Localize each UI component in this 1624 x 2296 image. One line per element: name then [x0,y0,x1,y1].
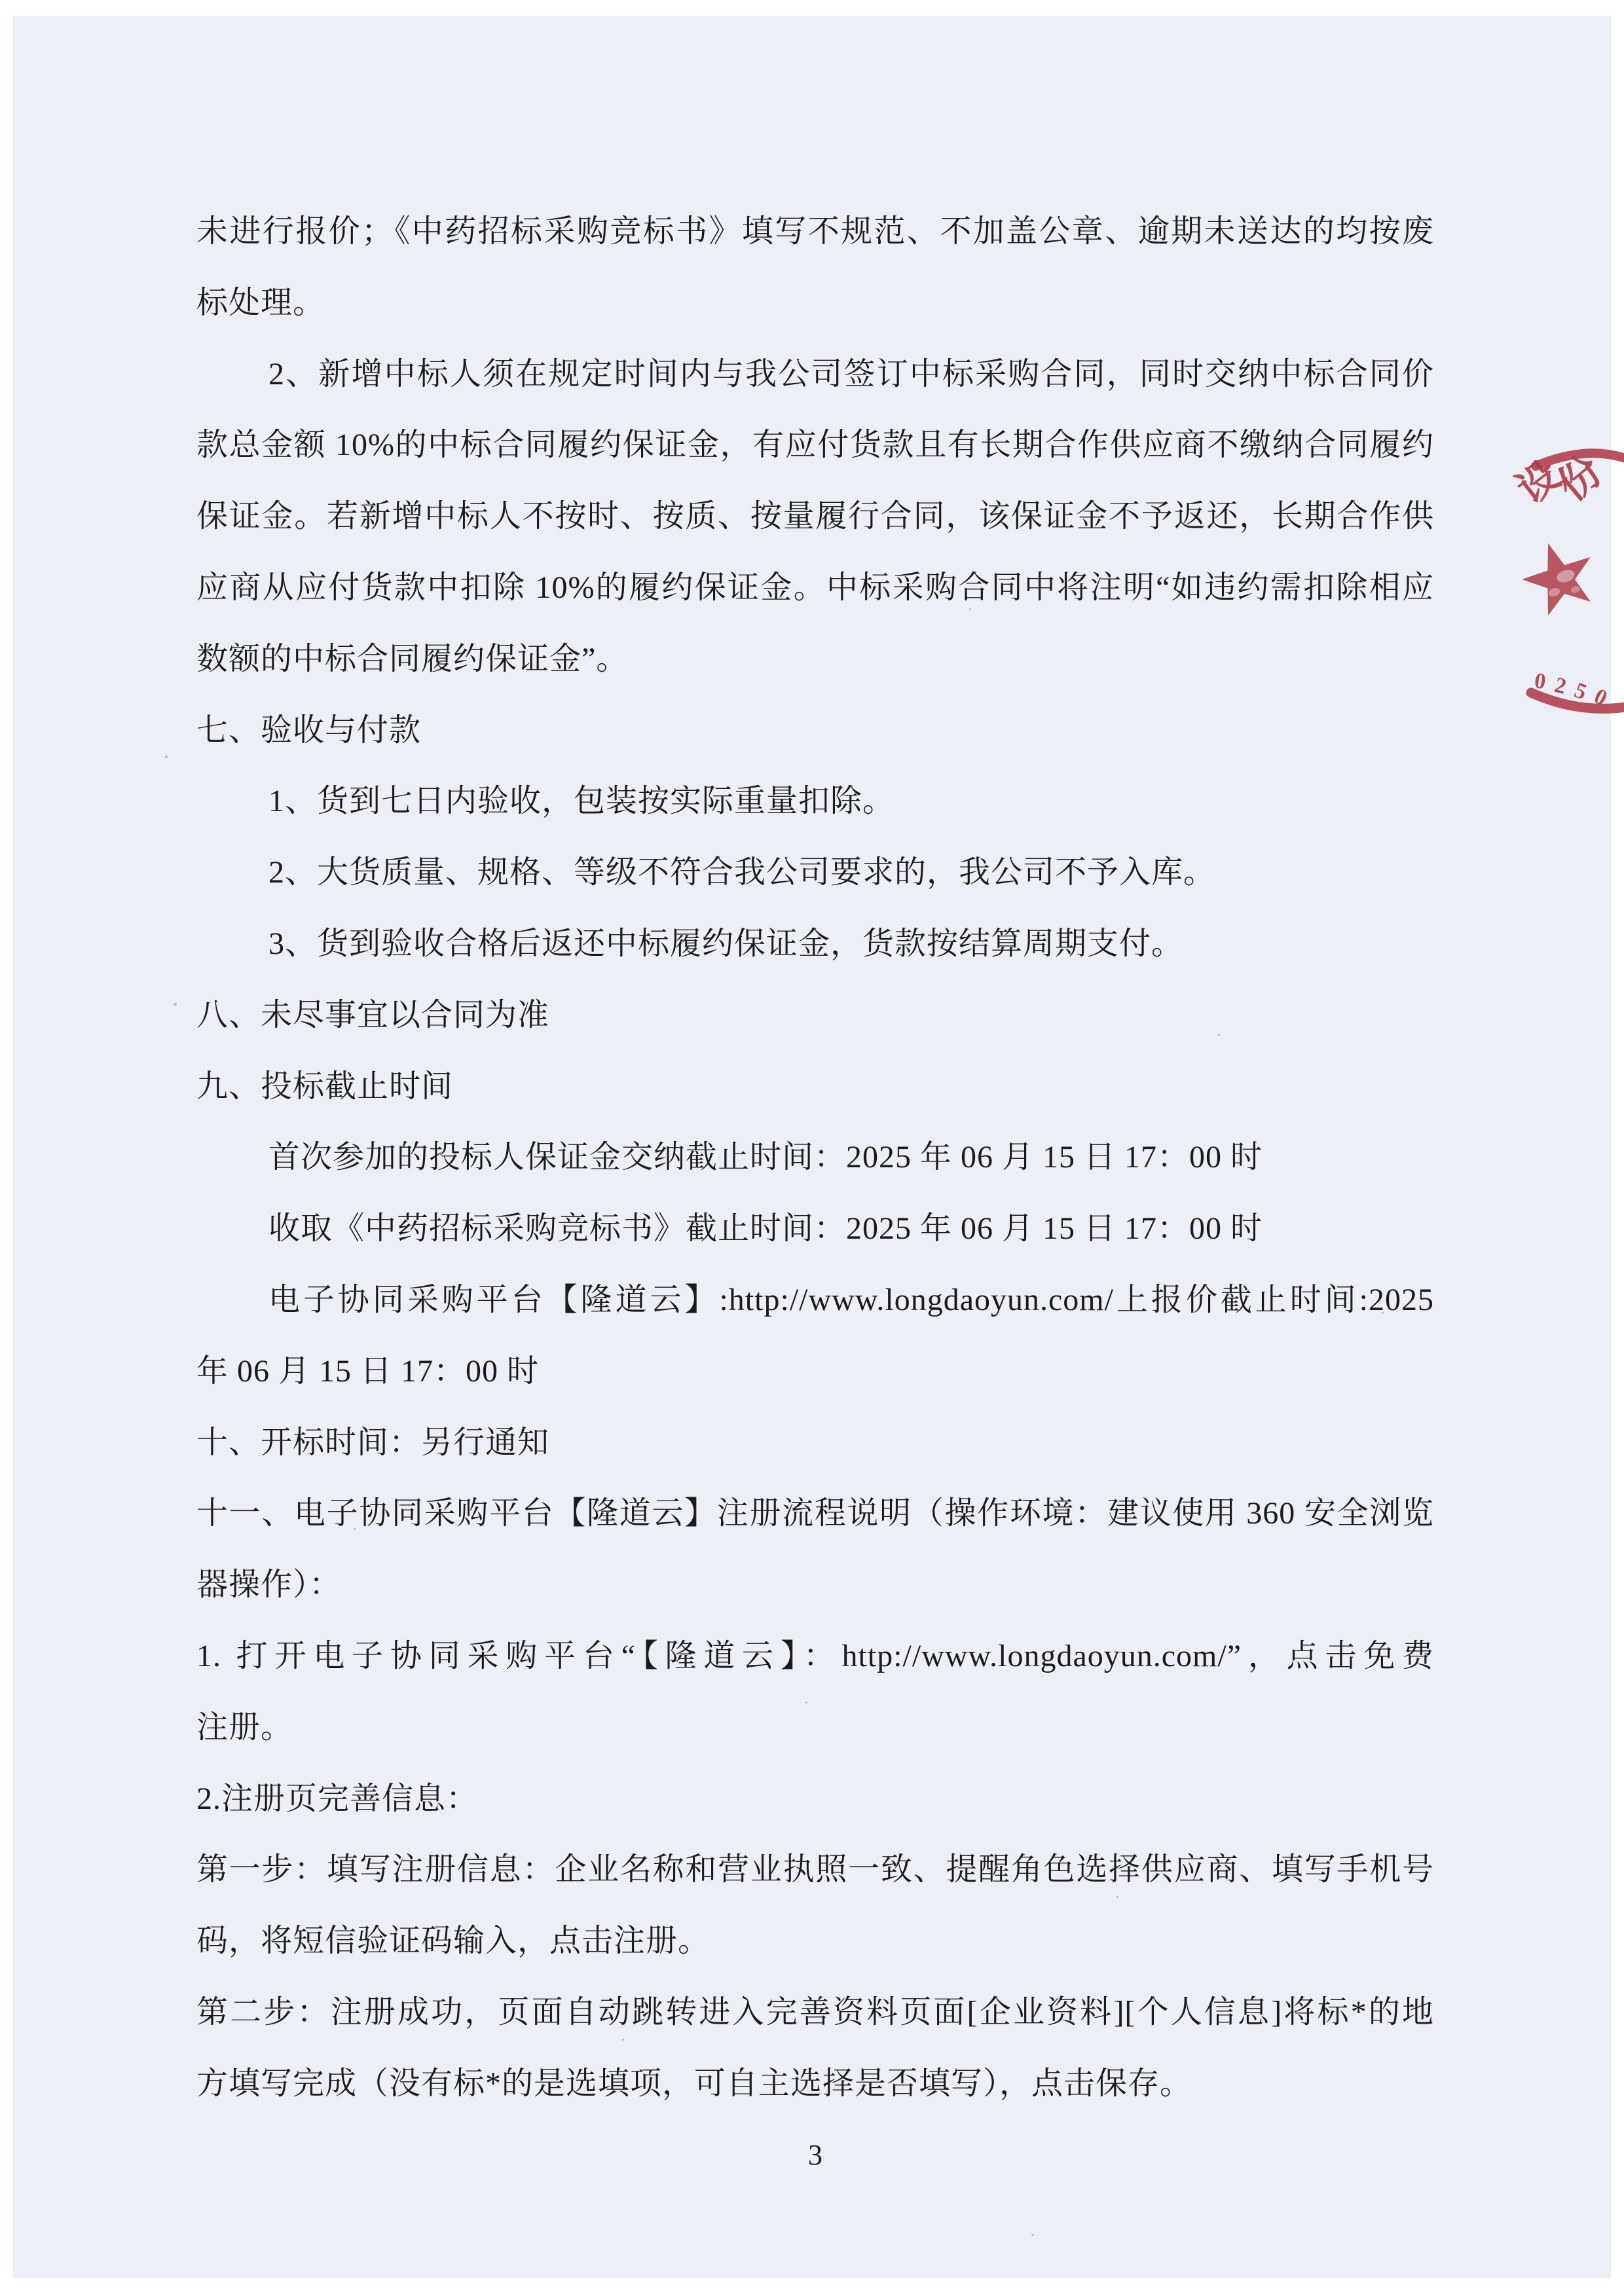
text-line-section-11: 十一、电子协同采购平台【隆道云】注册流程说明（操作环境：建议使用 360 安全浏… [196,1478,1434,1550]
text-line: 年 06 月 15 日 17：00 时 [196,1336,1434,1408]
text-line-section-7: 七、验收与付款 [196,695,1434,767]
paper-sheet: 未进行报价；《中药招标采购竞标书》填写不规范、不加盖公章、逾期未送达的均按废 标… [13,16,1611,2278]
text-line: 方填写完成（没有标*的是选填项，可自主选择是否填写），点击保存。 [196,2049,1434,2120]
text-line: 2、新增中标人须在规定时间内与我公司签订中标采购合同，同时交纳中标合同价 [196,339,1434,410]
text-line: 码，将短信验证码输入，点击注册。 [196,1906,1434,1977]
scanned-document-page: { "doc": { "lines": [ "未进行报价；《中药招标采购竞标书》… [0,0,1624,2296]
text-line: 注册。 [196,1692,1434,1764]
seal-serial-digit: 2 [1552,673,1568,699]
text-line: 第二步：注册成功，页面自动跳转进入完善资料页面[企业资料][个人信息]将标*的地 [196,1977,1434,2049]
text-line: 未进行报价；《中药招标采购竞标书》填写不规范、不加盖公章、逾期未送达的均按废 [196,196,1434,268]
seal-serial-digit: 5 [1571,678,1590,705]
text-line: 首次参加的投标人保证金交纳截止时间：2025 年 06 月 15 日 17：00… [196,1122,1434,1194]
text-line: 电子协同采购平台【隆道云】:http://www.longdaoyun.com/… [196,1265,1434,1336]
text-line: 款总金额 10%的中标合同履约保证金，有应付货款且有长期合作供应商不缴纳合同履约 [196,410,1434,481]
text-line: 器操作）： [196,1550,1434,1621]
text-line: 2.注册页完善信息： [196,1764,1434,1835]
text-line-section-9: 九、投标截止时间 [196,1051,1434,1123]
text-line-section-10: 十、开标时间：另行通知 [196,1408,1434,1479]
text-line: 3、货到验收合格后返还中标履约保证金，货款按结算周期支付。 [196,909,1434,980]
text-line: 第一步：填写注册信息：企业名称和营业执照一致、提醒角色选择供应商、填写手机号 [196,1834,1434,1906]
text-line: 2、大货质量、规格、等级不符合我公司要求的，我公司不予入库。 [196,837,1434,909]
text-line: 保证金。若新增中标人不按时、按质、按量履行合同，该保证金不予返还，长期合作供 [196,481,1434,553]
company-seal-stamp: 设 份 0 2 5 0 [1500,426,1624,727]
text-line-section-8: 八、未尽事宜以合同为准 [196,980,1434,1051]
text-line: 1. 打开电子协同采购平台“【隆道云】：http://www.longdaoyu… [196,1621,1434,1692]
text-line: 1、货到七日内验收，包装按实际重量扣除。 [196,766,1434,837]
seal-star-icon [1514,532,1604,620]
document-body: 未进行报价；《中药招标采购竞标书》填写不规范、不加盖公章、逾期未送达的均按废 标… [196,196,1434,2191]
text-line: 标处理。 [196,268,1434,339]
text-line: 应商从应付货款中扣除 10%的履约保证金。中标采购合同中将注明“如违约需扣除相应 [196,553,1434,624]
text-line: 数额的中标合同履约保证金”。 [196,624,1434,695]
text-line: 收取《中药招标采购竞标书》截止时间：2025 年 06 月 15 日 17：00… [196,1194,1434,1265]
page-number: 3 [196,2120,1434,2191]
